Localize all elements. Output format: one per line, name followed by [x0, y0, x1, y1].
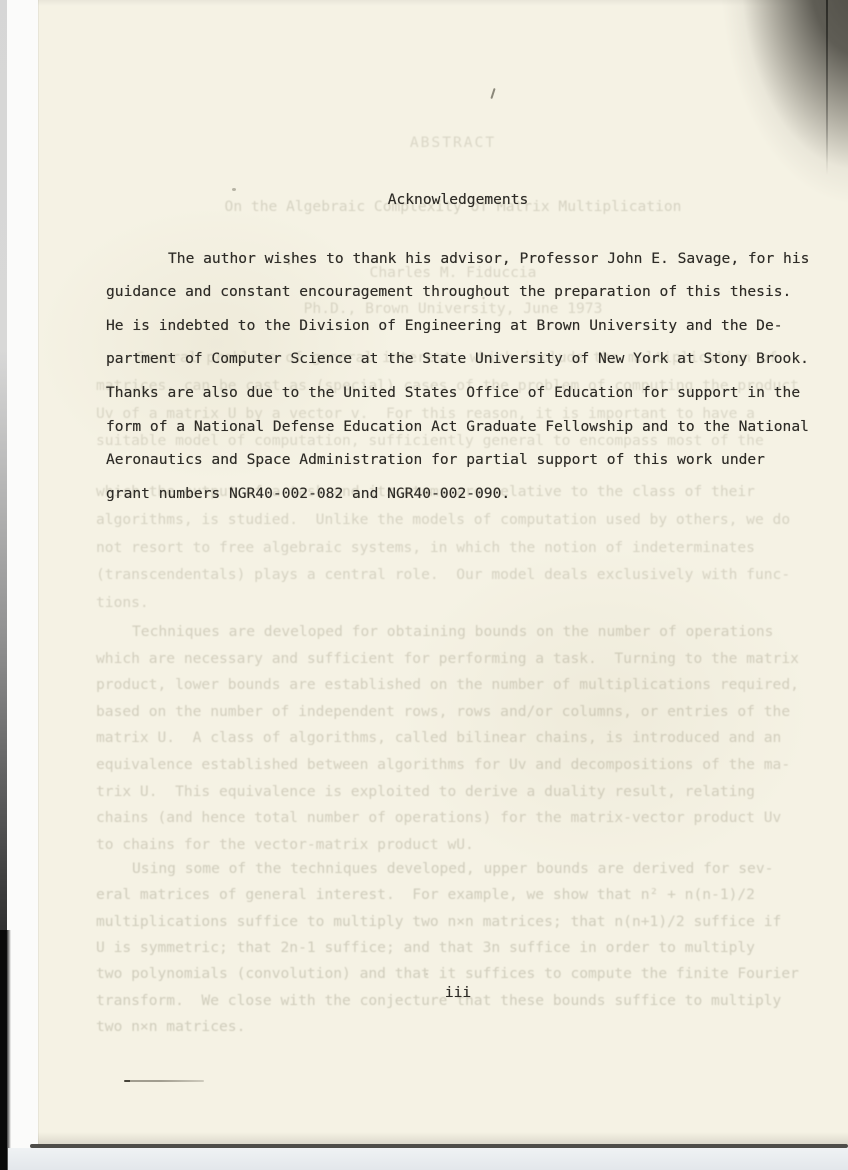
- crease-line: [826, 0, 828, 175]
- page-number: iii: [106, 984, 810, 1002]
- page-left-corner-shadow: [0, 930, 11, 1170]
- text-line: form of a National Defense Education Act…: [106, 418, 809, 436]
- text-line: grant numbers NGR40-002-082 and NGR40-00…: [106, 485, 510, 503]
- next-page-strip: [8, 1148, 848, 1170]
- scanned-page: ABSTRACT On the Algebraic Complexity of …: [0, 0, 848, 1170]
- text-line: Aeronautics and Space Administration for…: [106, 451, 765, 469]
- text-line: guidance and constant encouragement thro…: [106, 283, 791, 301]
- paper-bottom-shade: [38, 1132, 848, 1144]
- text-line: The author wishes to thank his advisor, …: [168, 250, 809, 268]
- paper-speck: [232, 188, 236, 191]
- text-line: Thanks are also due to the United States…: [106, 384, 800, 402]
- page-title: Acknowledgements: [106, 191, 810, 209]
- top-right-corner-shadow: [718, 0, 848, 210]
- text-line: partment of Computer Science at the Stat…: [106, 350, 809, 368]
- pencil-scratch: [124, 1080, 204, 1082]
- text-line: He is indebted to the Division of Engine…: [106, 317, 783, 335]
